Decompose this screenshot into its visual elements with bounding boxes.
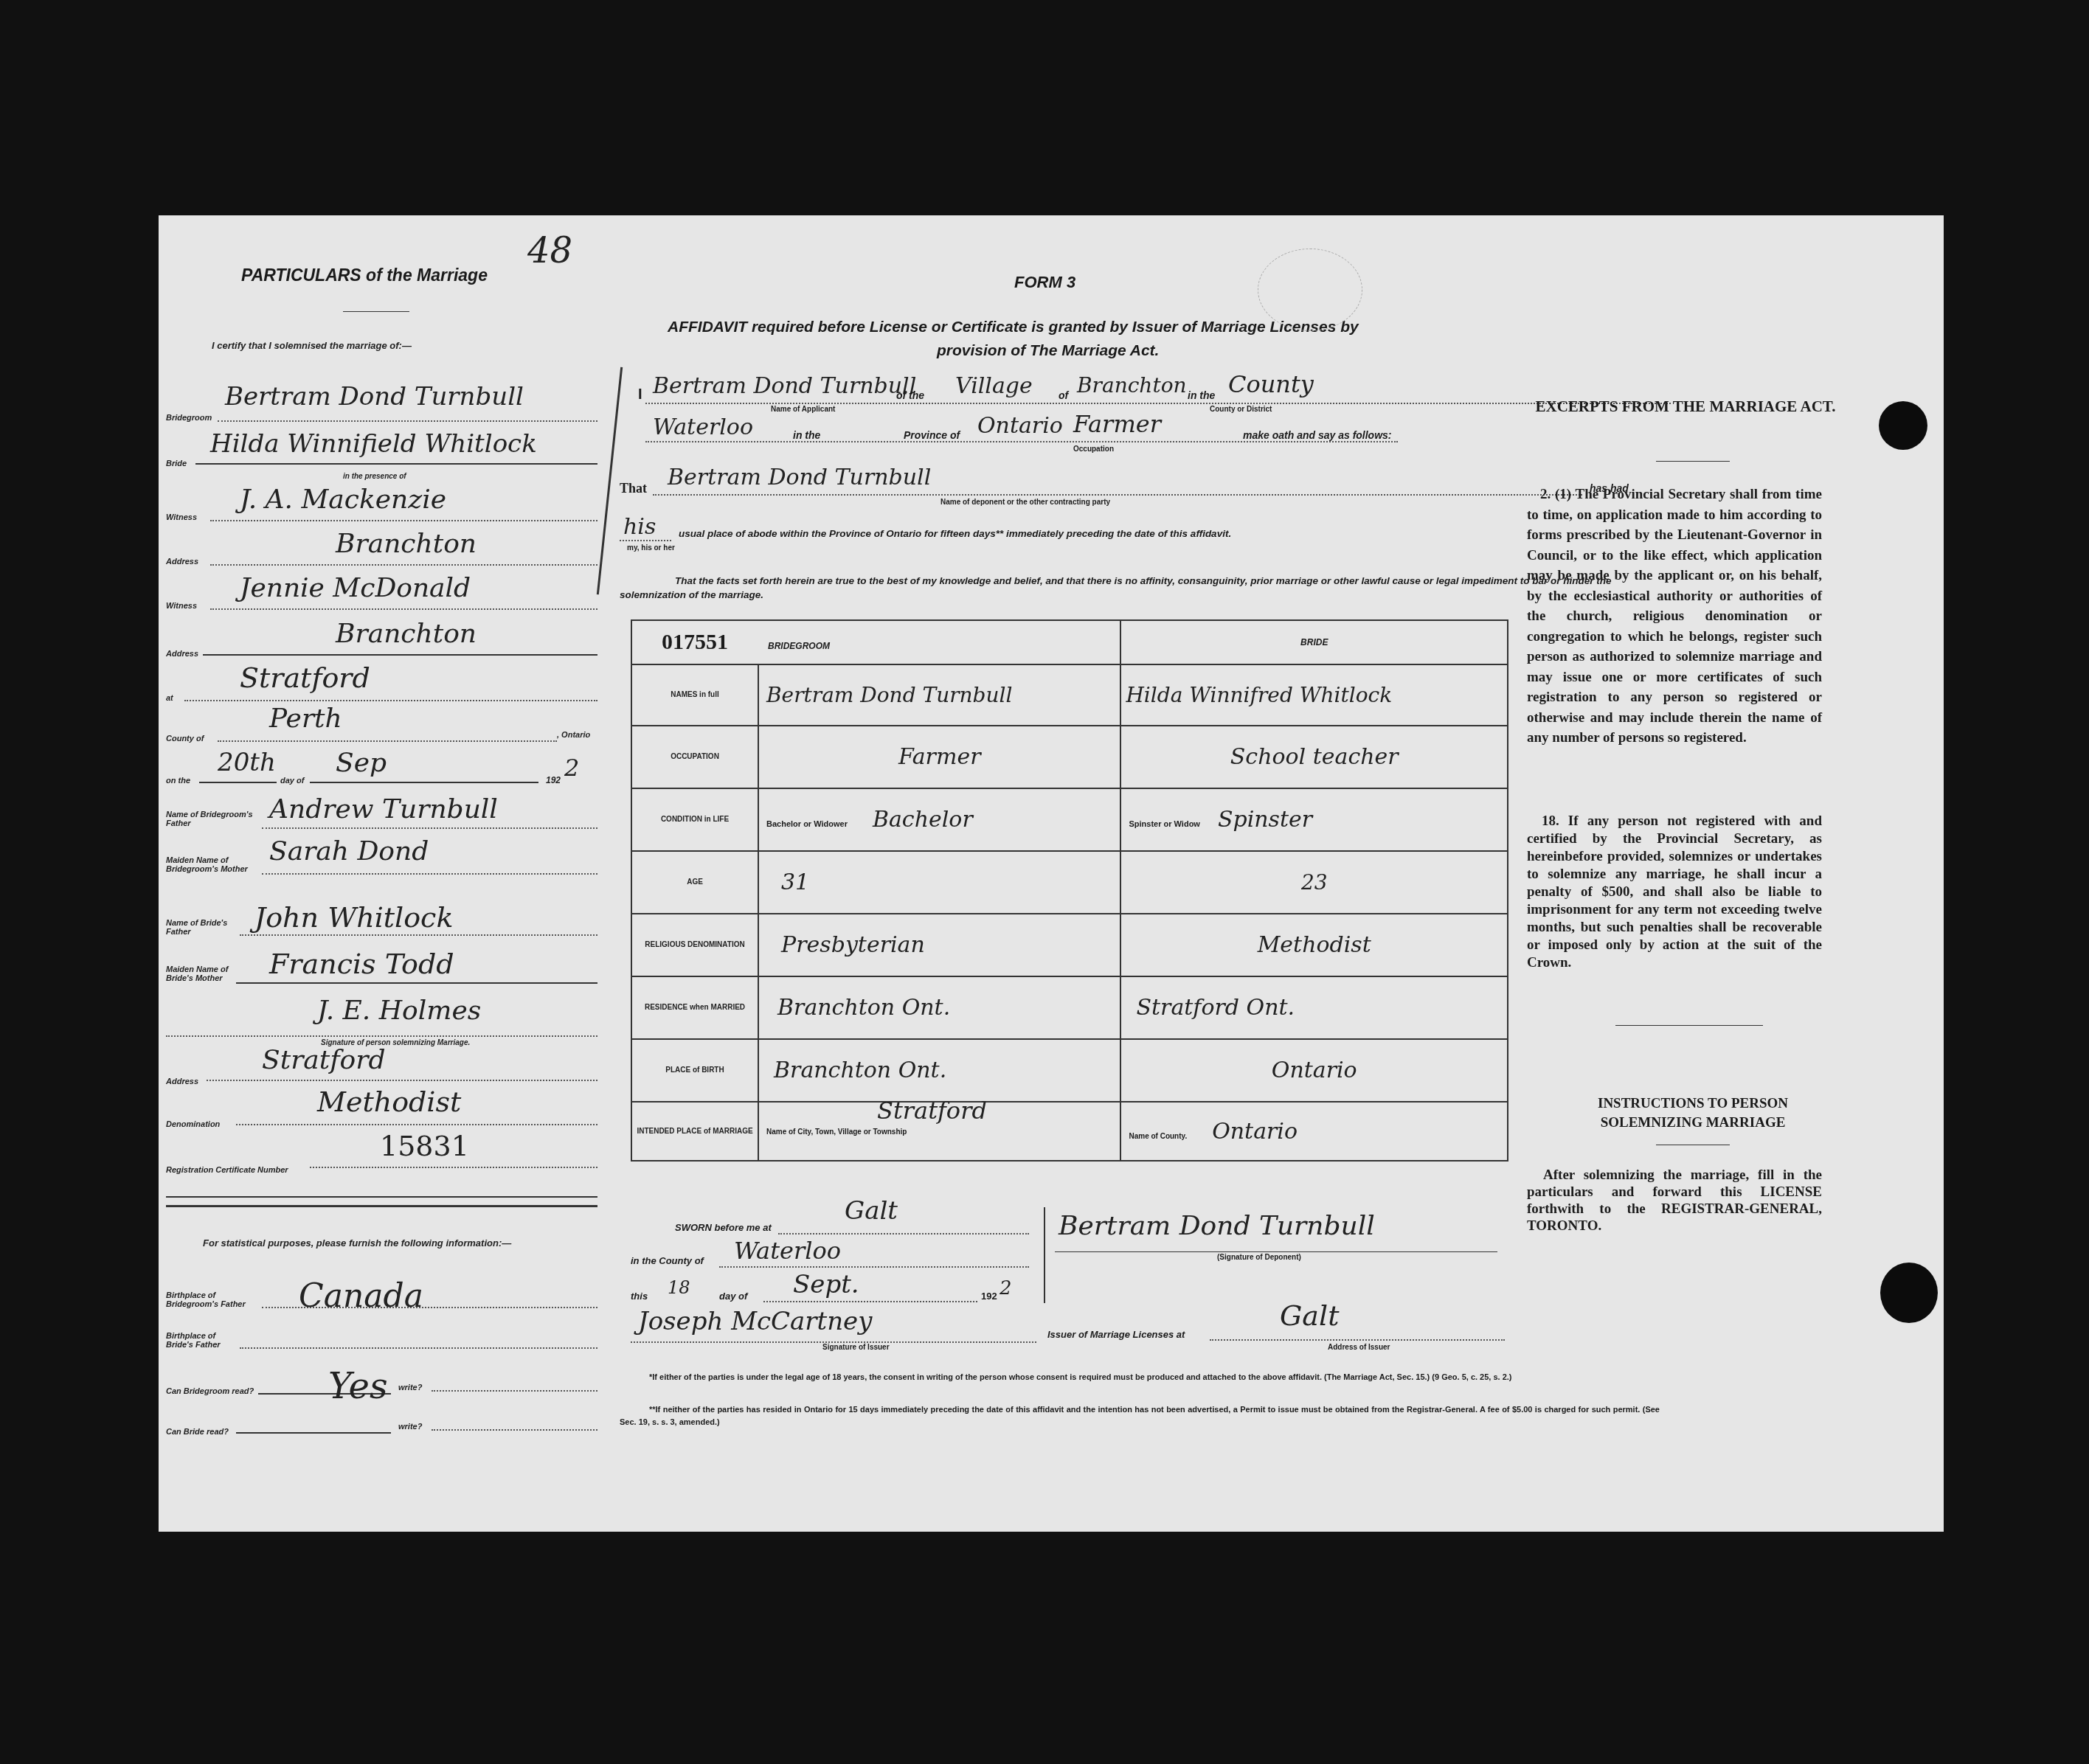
date-year-suffix: 2 [564, 754, 579, 782]
address1-value: Branchton [336, 529, 477, 559]
bride-birthplace-cell: Ontario [1120, 1039, 1508, 1102]
groom-write-line [432, 1390, 597, 1392]
col-bride-header: BRIDE [1300, 637, 1328, 647]
county-line [218, 740, 557, 742]
groom-father-line [262, 827, 597, 829]
bride-residence-cell: Stratford Ont. [1120, 976, 1508, 1039]
witness1-label: Witness [166, 514, 197, 523]
license-number: 017551 [662, 630, 728, 654]
footnote-2: **If neither of the parties has resided … [620, 1404, 1660, 1429]
marriage-license-document: 48 PARTICULARS of the Marriage I certify… [159, 215, 1944, 1532]
table-row: RELIGIOUS DENOMINATION Presbyterian Meth… [631, 914, 1508, 976]
groom-mother-label: Maiden Name of Bridegroom's Mother [166, 857, 262, 874]
issuer-at-label: Issuer of Marriage Licenses at [1047, 1329, 1185, 1340]
bridegroom-line [218, 420, 597, 422]
bridegroom-value: Bertram Dond Turnbull [225, 382, 524, 412]
witness2-value: Jennie McDonald [240, 573, 471, 603]
address3-label: Address [166, 1078, 198, 1087]
date-on-label: on the [166, 777, 190, 786]
facts-text: That the facts set forth herein are true… [620, 574, 1663, 602]
line1-of-the: of the [896, 389, 924, 401]
address3-line [207, 1080, 597, 1081]
address1-line [210, 564, 597, 566]
divider [343, 311, 409, 312]
address3-value: Stratford [262, 1045, 386, 1075]
line2-county-name: Waterloo [653, 414, 753, 440]
groom-condition-value: Bachelor [873, 807, 973, 833]
line3-line [653, 494, 1582, 496]
bride-father-value: John Whitlock [254, 901, 453, 934]
bride-father-label: Name of Bride's Father [166, 920, 240, 937]
row-label: RESIDENCE when MARRIED [631, 976, 758, 1039]
groom-write-label: write? [398, 1384, 422, 1393]
line4-pronoun-label: my, his or her [627, 544, 675, 552]
table-row: OCCUPATION Farmer School teacher [631, 726, 1508, 788]
form-title: FORM 3 [1014, 273, 1075, 292]
bride-read-line [236, 1432, 391, 1434]
row-label: NAMES in full [631, 664, 758, 726]
address1-label: Address [166, 558, 198, 567]
line2-occupation: Farmer [1073, 410, 1161, 438]
bride-father-birthplace-label: Birthplace of Bride's Father [166, 1333, 240, 1350]
excerpt-section-2: 2. (1) The Provincial Secretary shall fr… [1527, 485, 1822, 749]
address2-label: Address [166, 650, 198, 659]
sworn-bracket [1036, 1207, 1045, 1303]
sworn-year-suffix: 2 [1000, 1277, 1012, 1299]
sworn-line [778, 1233, 1029, 1235]
county-value: Perth [269, 704, 342, 734]
groom-mother-line [262, 873, 597, 875]
bride-age-cell: 23 [1120, 851, 1508, 914]
footnote-1: *If either of the parties is under the l… [620, 1372, 1660, 1384]
instructions-divider [1615, 1025, 1763, 1026]
line4-line [620, 540, 671, 541]
bride-write-line [432, 1429, 597, 1431]
presence-text: in the presence of [343, 473, 406, 482]
bride-father-birthplace-line [240, 1347, 597, 1349]
table-row: AGE 31 23 [631, 851, 1508, 914]
sworn-this-label: this [631, 1291, 648, 1302]
witness2-label: Witness [166, 603, 197, 611]
certify-text: I certify that I solemnised the marriage… [212, 341, 412, 351]
row-label: AGE [631, 851, 758, 914]
bride-denomination-cell: Methodist [1120, 914, 1508, 976]
table-row: PLACE of BIRTH Branchton Ont. Ontario [631, 1039, 1508, 1102]
line3-name: Bertram Dond Turnbull [668, 465, 931, 490]
instructions-divider-2 [1656, 1145, 1730, 1145]
solemnizer-signature: J. E. Holmes [317, 996, 481, 1026]
sworn-county-line [719, 1266, 1029, 1268]
bride-condition-value: Spinster [1218, 807, 1312, 833]
groom-residence-cell: Branchton Ont. [758, 976, 1120, 1039]
bride-condition-sublabel: Spinster or Widow [1129, 820, 1199, 829]
affidavit-title: AFFIDAVIT required before License or Cer… [668, 319, 1359, 336]
affidavit-title-2: provision of The Marriage Act. [937, 342, 1159, 360]
at-line [184, 700, 597, 701]
intended-county-sublabel: Name of County. [1129, 1133, 1187, 1141]
date-month-value: Sep [336, 748, 387, 778]
sworn-month-line [763, 1301, 977, 1302]
groom-read-label: Can Bridegroom read? [166, 1388, 254, 1397]
bride-mother-line [236, 982, 597, 984]
groom-read-value: Yes [328, 1366, 388, 1407]
page-number-annotation: 48 [527, 230, 572, 271]
issuer-address-label: Address of Issuer [1328, 1344, 1390, 1352]
particulars-title: PARTICULARS of the Marriage [241, 265, 488, 285]
row-label: OCCUPATION [631, 726, 758, 788]
statistical-text: For statistical purposes, please furnish… [166, 1229, 590, 1257]
table-row: INTENDED PLACE of MARRIAGE Name of City,… [631, 1102, 1508, 1161]
groom-name-cell: Bertram Dond Turnbull [758, 664, 1120, 726]
date-dayof-label: day of [280, 777, 304, 786]
bride-occupation-cell: School teacher [1120, 726, 1508, 788]
intended-county-value: Ontario [1212, 1119, 1298, 1145]
at-value: Stratford [240, 661, 370, 694]
reg-cert-line [310, 1167, 597, 1168]
groom-father-value: Andrew Turnbull [269, 794, 498, 824]
issuer-address-line [1210, 1339, 1505, 1341]
date-day-value: 20th [218, 748, 276, 777]
excerpt-section-18: 18. If any person not registered with an… [1527, 813, 1822, 972]
table-row: CONDITION in LIFE Bachelor or Widower Ba… [631, 788, 1508, 851]
row-label: INTENDED PLACE of MARRIAGE [631, 1102, 758, 1161]
signature-line [166, 1035, 597, 1037]
check-mark [597, 367, 623, 595]
sworn-value: Galt [845, 1196, 898, 1226]
punch-hole-top [1879, 401, 1927, 450]
denomination-line [236, 1124, 597, 1125]
groom-condition-sublabel: Bachelor or Widower [766, 820, 848, 829]
denomination-value: Methodist [317, 1086, 461, 1118]
line4-pronoun: his [623, 514, 656, 540]
line1-prefix: I [638, 386, 642, 403]
bridegroom-label: Bridegroom [166, 414, 212, 423]
table-row: NAMES in full Bertram Dond Turnbull Hild… [631, 664, 1508, 726]
deponent-sig-label: (Signature of Deponent) [1217, 1254, 1301, 1262]
line3-that: That [620, 481, 647, 496]
date-month-line [310, 782, 538, 783]
reg-cert-value: 15831 [380, 1130, 469, 1162]
excerpts-divider [1656, 461, 1730, 462]
line2-occupation-label: Occupation [1073, 445, 1114, 454]
deponent-sig-line [1055, 1251, 1497, 1252]
bride-label: Bride [166, 460, 187, 469]
line2-province: Ontario [977, 413, 1063, 439]
row-label: PLACE of BIRTH [631, 1039, 758, 1102]
sworn-day: 18 [668, 1277, 690, 1298]
bride-mother-label: Maiden Name of Bride's Mother [166, 966, 240, 983]
instructions-heading: INSTRUCTIONS TO PERSON SOLEMNIZING MARRI… [1553, 1094, 1833, 1133]
particulars-table: 017551 BRIDEGROOM BRIDE NAMES in full Be… [631, 619, 1508, 1161]
address2-value: Branchton [336, 619, 477, 649]
groom-occupation-cell: Farmer [758, 726, 1120, 788]
bride-line [195, 463, 597, 465]
col-bridegroom-header: BRIDEGROOM [768, 641, 830, 651]
sworn-county-value: Waterloo [734, 1237, 841, 1265]
line1-applicant: Bertram Dond Turnbull [653, 373, 916, 399]
county-suffix: , Ontario [557, 732, 590, 740]
bride-mother-value: Francis Todd [269, 948, 454, 980]
witness2-line [210, 608, 597, 610]
county-label: County of [166, 735, 204, 744]
date-day-line [199, 782, 277, 783]
row-label: RELIGIOUS DENOMINATION [631, 914, 758, 976]
line1-applicant-line [645, 403, 1671, 404]
instructions-text: After solemnizing the marriage, fill in … [1527, 1167, 1822, 1235]
line1-type: Village [955, 373, 1033, 399]
excerpts-heading: EXCERPTS FROM THE MARRIAGE ACT. [1527, 396, 1844, 417]
issuer-signature: Joseph McCartney [638, 1307, 872, 1336]
deponent-signature: Bertram Dond Turnbull [1059, 1211, 1375, 1241]
line2-oath: make oath and say as follows: [1243, 429, 1392, 441]
row-label: CONDITION in LIFE [631, 788, 758, 851]
sworn-year-prefix: 192 [981, 1291, 997, 1302]
line1-county: County [1228, 370, 1314, 398]
section-divider-2 [166, 1205, 597, 1207]
line1-of: of [1059, 389, 1068, 401]
issuer-sig-line [631, 1341, 1036, 1343]
groom-age-cell: 31 [758, 851, 1120, 914]
bride-write-label: write? [398, 1423, 422, 1432]
line2-province-of: Province of [904, 429, 960, 441]
line2-line [645, 441, 1398, 442]
punch-hole-bottom [1880, 1263, 1938, 1323]
line2-in-the: in the [793, 429, 820, 441]
witness1-value: J. A. Mackenzie [240, 485, 446, 515]
groom-father-birthplace-value: Canada [299, 1277, 423, 1315]
sworn-county-label: in the County of [631, 1255, 704, 1266]
line1-applicant-label: Name of Applicant [771, 406, 835, 414]
witness1-line [210, 520, 597, 521]
sworn-dayof-label: day of [719, 1291, 747, 1302]
address2-line [203, 654, 597, 656]
line1-in-the: in the [1188, 389, 1215, 401]
issuer-address: Galt [1280, 1299, 1339, 1332]
reg-cert-label: Registration Certificate Number [166, 1167, 288, 1176]
groom-denomination-cell: Presbyterian [758, 914, 1120, 976]
line1-place: Branchton [1077, 373, 1187, 397]
sworn-month: Sept. [793, 1270, 859, 1299]
at-label: at [166, 695, 173, 704]
intended-place-value: Stratford [877, 1097, 987, 1125]
groom-mother-value: Sarah Dond [269, 836, 429, 867]
line4-text: usual place of abode within the Province… [679, 528, 1231, 539]
groom-father-birthplace-label: Birthplace of Bridegroom's Father [166, 1292, 254, 1309]
bride-father-line [240, 934, 597, 936]
table-row: RESIDENCE when MARRIED Branchton Ont. St… [631, 976, 1508, 1039]
date-year-prefix: 192 [546, 776, 561, 785]
issuer-sig-label: Signature of Issuer [822, 1344, 890, 1352]
sworn-label: SWORN before me at [675, 1222, 772, 1233]
intended-place-sublabel: Name of City, Town, Village or Township [766, 1128, 907, 1136]
groom-father-label: Name of Bridegroom's Father [166, 811, 254, 828]
line1-county-label: County or District [1210, 406, 1272, 414]
denomination-label: Denomination [166, 1121, 220, 1130]
bride-value: Hilda Winnifield Whitlock [210, 429, 537, 459]
bride-name-cell: Hilda Winnifred Whitlock [1120, 664, 1508, 726]
section-divider [166, 1196, 597, 1198]
faint-stamp [1258, 249, 1362, 331]
line3-name-label: Name of deponent or the other contractin… [940, 499, 1110, 507]
bride-read-label: Can Bride read? [166, 1428, 229, 1437]
groom-birthplace-cell: Branchton Ont. [758, 1039, 1120, 1102]
